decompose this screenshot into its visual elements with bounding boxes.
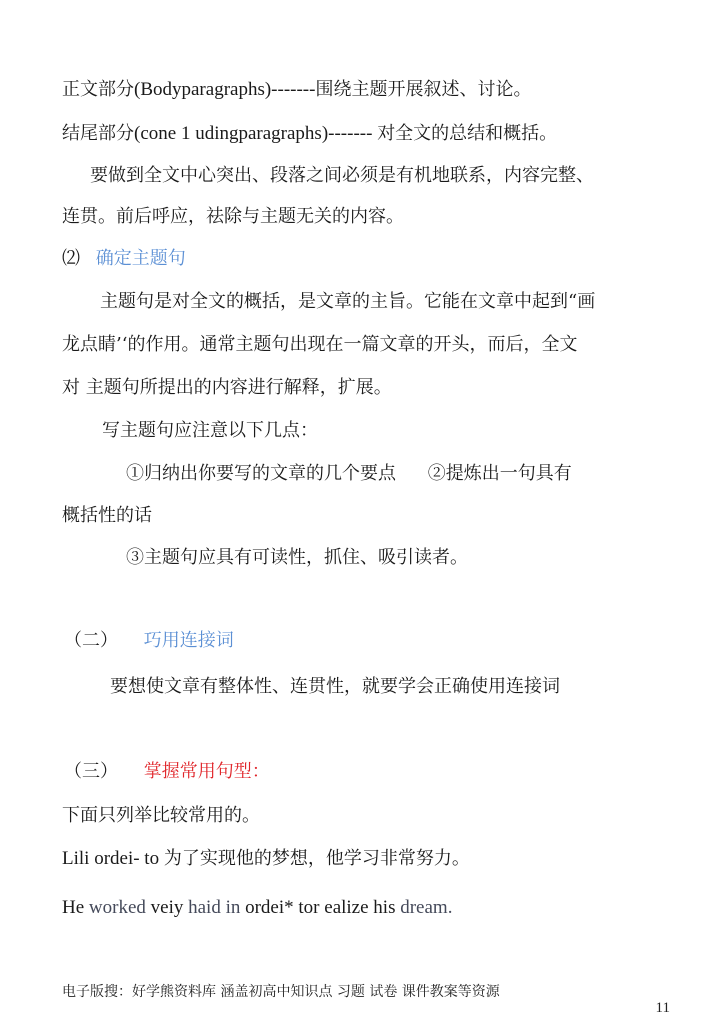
body-paragraphs-english: (Bodyparagraphs)------- — [134, 79, 315, 100]
section-title: 掌握常用句型： — [144, 761, 270, 782]
section-heading-2: ⑵ 确定主题句 — [62, 247, 186, 271]
body-paragraphs-suffix: 围绕主题开展叙述、讨论。 — [315, 79, 531, 100]
example-chinese: Lili ordei- to 为了实现他的梦想，他学习非常努力。 — [62, 847, 470, 871]
example-word: haid in — [188, 897, 245, 918]
tips-line: ①归纳出你要写的文章的几个要点 ②提炼出一句具有 — [126, 462, 572, 486]
section-title: 巧用连接词 — [144, 630, 234, 651]
section-number: （二） — [64, 630, 118, 651]
tips-intro: 写主题句应注意以下几点： — [102, 419, 318, 443]
concluding-english: (cone 1 udingparagraphs)------- — [134, 123, 377, 144]
paragraph-2-line-3: 对 主题句所提出的内容进行解释，扩展。 — [62, 376, 392, 400]
concluding-paragraphs-line: 结尾部分(cone 1 udingparagraphs)------- 对全文的… — [62, 122, 557, 146]
section-heading-three: （三） 掌握常用句型： — [64, 760, 270, 784]
list-intro: 下面只列举比较常用的。 — [62, 804, 260, 828]
tip-2-continued: 概括性的话 — [62, 504, 152, 528]
example-chinese-part: 为了实现他的梦想，他学习非常努力。 — [164, 848, 470, 869]
example-word: He — [62, 897, 89, 918]
paragraph-2-line-1: 主题句是对全文的概括，是文章的主旨。它能在文章中起到“画 — [100, 290, 595, 314]
example-word: worked — [89, 897, 151, 918]
body-paragraphs-prefix: 正文部分 — [62, 79, 134, 100]
paragraph-1-line-1: 要做到全文中心突出、段落之间必须是有机地联系，内容完整、 — [90, 164, 594, 188]
section-heading-two: （二） 巧用连接词 — [64, 629, 234, 653]
paragraph-2-line-2: 龙点睛’‘的作用。通常主题句出现在一篇文章的开头，而后，全文 — [62, 333, 577, 357]
paragraph-1-line-2: 连贯。前后呼应，祛除与主题无关的内容。 — [62, 205, 404, 229]
example-english-part: Lili ordei- to — [62, 848, 164, 869]
section-title: 确定主题句 — [96, 248, 186, 269]
page-number: 11 — [656, 1000, 670, 1017]
section-number: （三） — [64, 761, 118, 782]
concluding-suffix: 对全文的总结和概括。 — [377, 123, 557, 144]
concluding-prefix: 结尾部分 — [62, 123, 134, 144]
example-english: He worked veiy haid in ordei* tor ealize… — [62, 896, 452, 920]
tip-2: ②提炼出一句具有 — [428, 463, 572, 484]
tip-1: ①归纳出你要写的文章的几个要点 — [126, 463, 396, 484]
example-word: veiy — [151, 897, 188, 918]
body-paragraphs-line: 正文部分(Bodyparagraphs)-------围绕主题开展叙述、讨论。 — [62, 78, 531, 102]
connectives-text: 要想使文章有整体性、连贯性，就要学会正确使用连接词 — [110, 675, 560, 699]
footer-text: 电子版搜：好学熊资料库 涵盖初高中知识点 习题 试卷 课件教案等资源 — [62, 983, 500, 1001]
example-word: dream. — [400, 897, 452, 918]
tip-3: ③主题句应具有可读性，抓住、吸引读者。 — [126, 546, 468, 570]
section-number: ⑵ — [62, 248, 80, 269]
example-word: ordei* tor ealize his — [245, 897, 400, 918]
